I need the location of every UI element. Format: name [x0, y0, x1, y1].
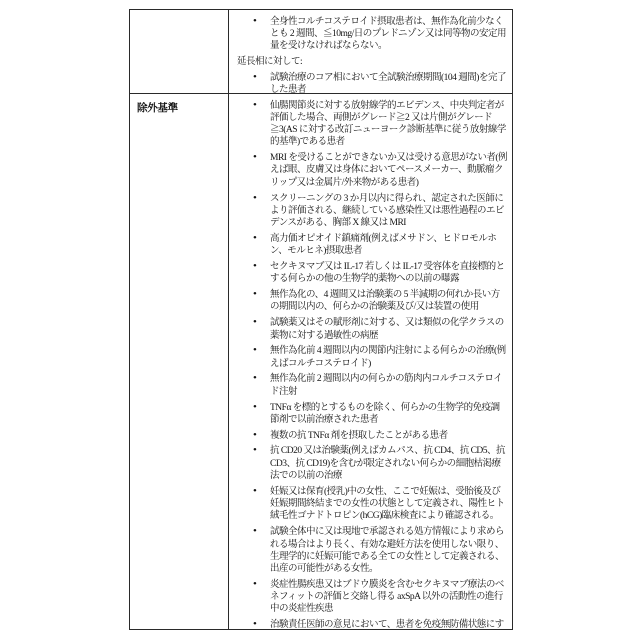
bullet-icon: • [253, 578, 256, 590]
row-header-cell: 除外基準 [130, 94, 229, 629]
list-item: •炎症性腸疾患又はブドウ膜炎を含むセクキヌマブ療法のベネフィットの評価と交絡し得… [237, 579, 507, 616]
exclusion-cell-body: •仙腸関節炎に対する放射線学的エビデンス、中央判定者が評価した場合、両側がグレー… [229, 94, 512, 629]
bullet-text: 無作為化前 4 週間以内の関節内注射による何らかの治療(例えばコルチコステロイド… [270, 346, 506, 368]
bullet-text: 複数の抗 TNFα 剤を摂取したことがある患者 [270, 431, 448, 441]
bullet-text: 試験全体中に又は現地で承認される処方情報により求められる場合はより長く、有効な避… [270, 527, 504, 574]
criteria-table: • 全身性コルチコステロイド摂取患者は、無作為化前少なくとも 2 週間、≦10m… [129, 9, 513, 630]
bullet-icon: • [253, 260, 256, 272]
list-item: • 全身性コルチコステロイド摂取患者は、無作為化前少なくとも 2 週間、≦10m… [237, 16, 507, 53]
bullet-icon: • [253, 444, 256, 456]
bullet-text: 無作為化前 2 週間以内の何らかの筋肉内コルチコステロイド注射 [270, 374, 502, 396]
list-item: •試験薬又はその賦形剤に対する、又は類似の化学クラスの薬物に対する過敏性の病歴 [237, 317, 507, 342]
list-item: •妊娠又は保育(授乳)中の女性、ここで妊娠は、受胎後及び妊娠期間終結までの女性の… [237, 486, 507, 523]
exclusion-criteria-header: 除外基準 [137, 103, 178, 114]
bullet-icon: • [253, 71, 256, 83]
bullet-list: • 試験治療のコア相において全試験治療期間(104 週間)を完了した患者 [237, 72, 507, 93]
bullet-icon: • [253, 525, 256, 537]
bullet-icon: • [253, 429, 256, 441]
list-item: •無作為化前 2 週間以内の何らかの筋肉内コルチコステロイド注射 [237, 373, 507, 398]
list-item: •仙腸関節炎に対する放射線学的エビデンス、中央判定者が評価した場合、両側がグレー… [237, 100, 507, 149]
bullet-icon: • [253, 288, 256, 300]
list-item: •無作為化前 4 週間以内の関節内注射による何らかの治療(例えばコルチコステロイ… [237, 345, 507, 370]
bullet-text: MRI を受けることができないか又は受ける意思がない者(例えば眼、皮膚又は身体に… [270, 153, 507, 188]
bullet-text: 試験治療のコア相において全試験治療期間(104 週間)を完了した患者 [270, 73, 506, 93]
bullet-text: 高力価オピオイド鎮痛剤(例えばメサドン、ヒドロモルホン、モルヒネ)摂取患者 [270, 234, 496, 256]
bullet-icon: • [253, 485, 256, 497]
bullet-text: 試験薬又はその賦形剤に対する、又は類似の化学クラスの薬物に対する過敏性の病歴 [270, 318, 504, 340]
list-item: •試験全体中に又は現地で承認される処方情報により求められる場合はより長く、有効な… [237, 526, 507, 575]
document-page: • 全身性コルチコステロイド摂取患者は、無作為化前少なくとも 2 週間、≦10m… [0, 0, 640, 640]
list-item: • 試験治療のコア相において全試験治療期間(104 週間)を完了した患者 [237, 72, 507, 93]
bullet-text: 治験責任医師の意見において、患者を免疫無防備状態にする、及び/又は免疫調節療法を… [270, 620, 506, 629]
bullet-text: TNFα を標的とするものを除く、何らかの生物学的免疫調節剤で以前治療された患者 [270, 403, 500, 425]
bullet-text: 全身性コルチコステロイド摂取患者は、無作為化前少なくとも 2 週間、≦10mg/… [270, 17, 506, 52]
bullet-icon: • [253, 401, 256, 413]
bullet-text: 炎症性腸疾患又はブドウ膜炎を含むセクキヌマブ療法のベネフィットの評価と交絡し得る… [270, 580, 504, 615]
bullet-text: スクリーニングの 3 か月以内に得られ、認定された医師により評価される、継続して… [270, 194, 504, 229]
exclusion-bullet-list: •仙腸関節炎に対する放射線学的エビデンス、中央判定者が評価した場合、両側がグレー… [237, 100, 507, 630]
list-item: •抗 CD20 又は治験薬(例えばカムパス、抗 CD4、抗 CD5、抗 CD3、… [237, 445, 507, 482]
extension-phase-subheading: 延長相に対して: [237, 56, 507, 68]
bullet-icon: • [253, 232, 256, 244]
bullet-icon: • [253, 618, 256, 629]
bullet-icon: • [253, 344, 256, 356]
list-item: •高力価オピオイド鎮痛剤(例えばメサドン、ヒドロモルホン、モルヒネ)摂取患者 [237, 233, 507, 258]
continuation-cell-body: • 全身性コルチコステロイド摂取患者は、無作為化前少なくとも 2 週間、≦10m… [229, 10, 512, 93]
bullet-icon: • [253, 372, 256, 384]
list-item: •治験責任医師の意見において、患者を免疫無防備状態にする、及び/又は免疫調節療法… [237, 619, 507, 629]
list-item: •TNFα を標的とするものを除く、何らかの生物学的免疫調節剤で以前治療された患… [237, 402, 507, 427]
bullet-text: セクキヌマブ又は IL-17 若しくは IL-17 受容体を直接標的とする何らか… [270, 262, 505, 284]
bullet-icon: • [253, 192, 256, 204]
bullet-icon: • [253, 316, 256, 328]
list-item: •セクキヌマブ又は IL-17 若しくは IL-17 受容体を直接標的とする何ら… [237, 261, 507, 286]
bullet-list: • 全身性コルチコステロイド摂取患者は、無作為化前少なくとも 2 週間、≦10m… [237, 16, 507, 53]
row-header-cell-empty [130, 10, 229, 93]
bullet-text: 無作為化の、4 週間又は治験薬の 5 半減期の何れか長い方の期間以内の、何らかの… [270, 290, 500, 312]
table-row-exclusion-criteria: 除外基準 •仙腸関節炎に対する放射線学的エビデンス、中央判定者が評価した場合、両… [130, 93, 512, 629]
bullet-icon: • [253, 99, 256, 111]
list-item: •無作為化の、4 週間又は治験薬の 5 半減期の何れか長い方の期間以内の、何らか… [237, 289, 507, 314]
list-item: •スクリーニングの 3 か月以内に得られ、認定された医師により評価される、継続し… [237, 193, 507, 230]
table-row-continuation: • 全身性コルチコステロイド摂取患者は、無作為化前少なくとも 2 週間、≦10m… [130, 10, 512, 93]
bullet-icon: • [253, 151, 256, 163]
list-item: •MRI を受けることができないか又は受ける意思がない者(例えば眼、皮膚又は身体… [237, 152, 507, 189]
bullet-text: 妊娠又は保育(授乳)中の女性、ここで妊娠は、受胎後及び妊娠期間終結までの女性の状… [270, 487, 505, 522]
list-item: •複数の抗 TNFα 剤を摂取したことがある患者 [237, 430, 507, 442]
bullet-text: 仙腸関節炎に対する放射線学的エビデンス、中央判定者が評価した場合、両側がグレード… [270, 101, 506, 148]
bullet-icon: • [253, 15, 256, 27]
bullet-text: 抗 CD20 又は治験薬(例えばカムパス、抗 CD4、抗 CD5、抗 CD3、抗… [270, 446, 505, 481]
